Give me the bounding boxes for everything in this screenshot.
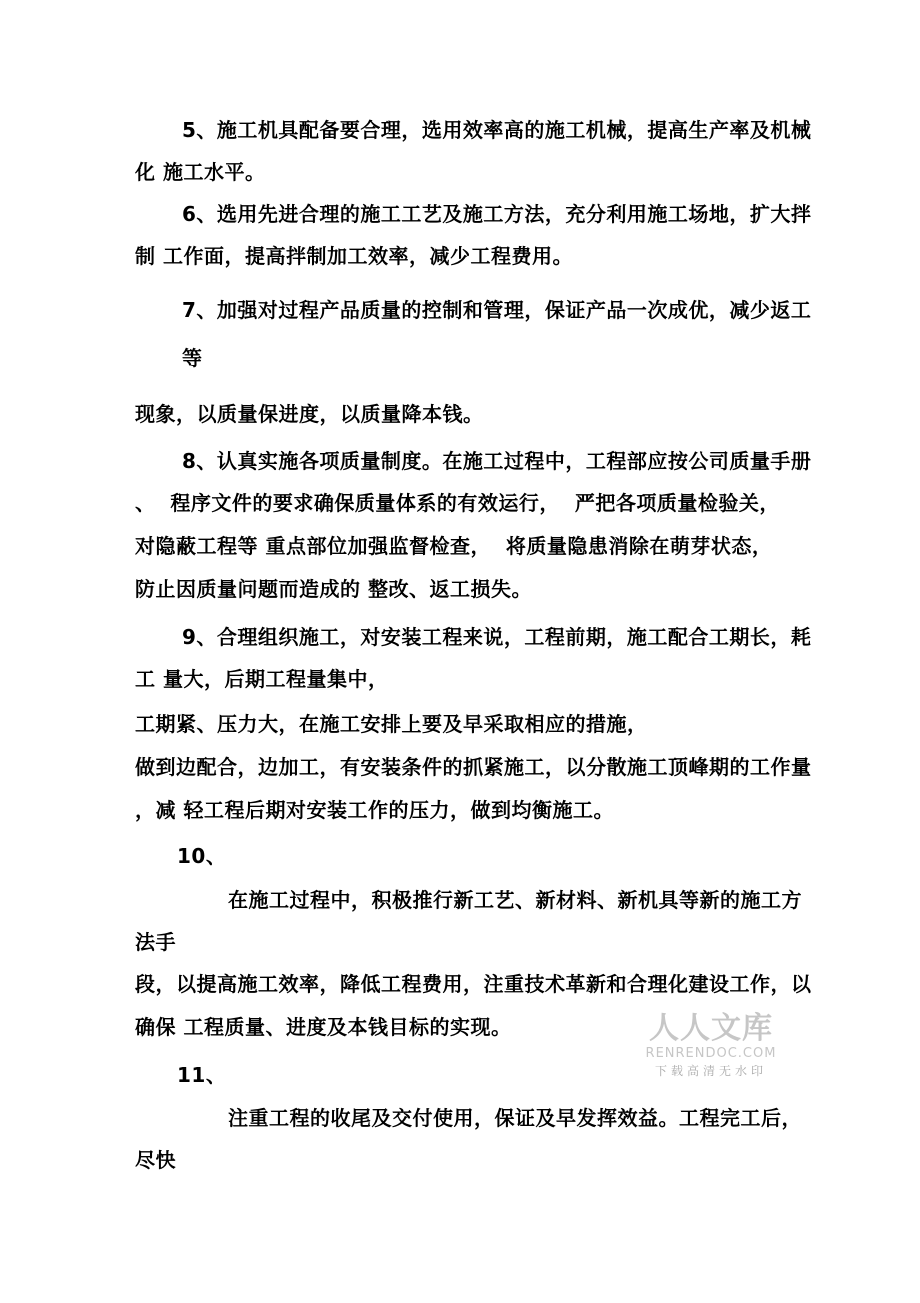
- text-line: 7、加强对过程产品质量的控制和管理，保证产品一次成优，减少返工: [135, 289, 855, 331]
- text-line: ，减 轻工程后期对安装工作的压力，做到均衡施工。: [135, 789, 855, 831]
- text-line: 对隐蔽工程等 重点部位加强监督检查， 将质量隐患消除在萌芽状态，: [135, 525, 855, 567]
- text-line: 段，以提高施工效率，降低工程费用，注重技术革新和合理化建设工作，以: [135, 963, 855, 1005]
- text-line: 5、施工机具配备要合理，选用效率高的施工机械，提高生产率及机械: [135, 109, 855, 151]
- text-line: 做到边配合，边加工，有安装条件的抓紧施工，以分散施工顶峰期的工作量: [135, 746, 855, 788]
- text-line: 10、: [135, 835, 855, 877]
- text-line: 9、合理组织施工，对安装工程来说，工程前期，施工配合工期长，耗: [135, 616, 855, 658]
- text-line: 6、选用先进合理的施工工艺及施工方法，充分利用施工场地，扩大拌: [135, 193, 855, 235]
- watermark: 人人文库 RENRENDOC.COM 下载高清无水印: [643, 1012, 779, 1078]
- text-line: 现象，以质量保进度，以质量降本钱。: [135, 393, 855, 435]
- text-line: 尽快: [135, 1139, 855, 1181]
- text-line: 注重工程的收尾及交付使用，保证及早发挥效益。工程完工后，: [135, 1097, 855, 1139]
- watermark-site-url: RENRENDOC.COM: [643, 1047, 779, 1061]
- watermark-logo-text: 人人文库: [643, 1012, 779, 1046]
- text-line: 工期紧、压力大，在施工安排上要及早采取相应的措施，: [135, 703, 855, 745]
- text-line: 工 量大，后期工程量集中，: [135, 658, 855, 700]
- text-line: 等: [135, 337, 855, 379]
- document-page: 5、施工机具配备要合理，选用效率高的施工机械，提高生产率及机械化 施工水平。6、…: [0, 0, 920, 1303]
- text-line: 在施工过程中，积极推行新工艺、新材料、新机具等新的施工方: [135, 879, 855, 921]
- text-line: 化 施工水平。: [135, 151, 855, 193]
- text-line: 8、认真实施各项质量制度。在施工过程中，工程部应按公司质量手册: [135, 440, 855, 482]
- watermark-tagline: 下载高清无水印: [643, 1064, 779, 1078]
- text-line: 法手: [135, 921, 855, 963]
- text-line: 制 工作面，提高拌制加工效率，减少工程费用。: [135, 235, 855, 277]
- text-line: 防止因质量问题而造成的 整改、返工损失。: [135, 568, 855, 610]
- text-line: 、 程序文件的要求确保质量体系的有效运行， 严把各项质量检验关，: [135, 482, 855, 524]
